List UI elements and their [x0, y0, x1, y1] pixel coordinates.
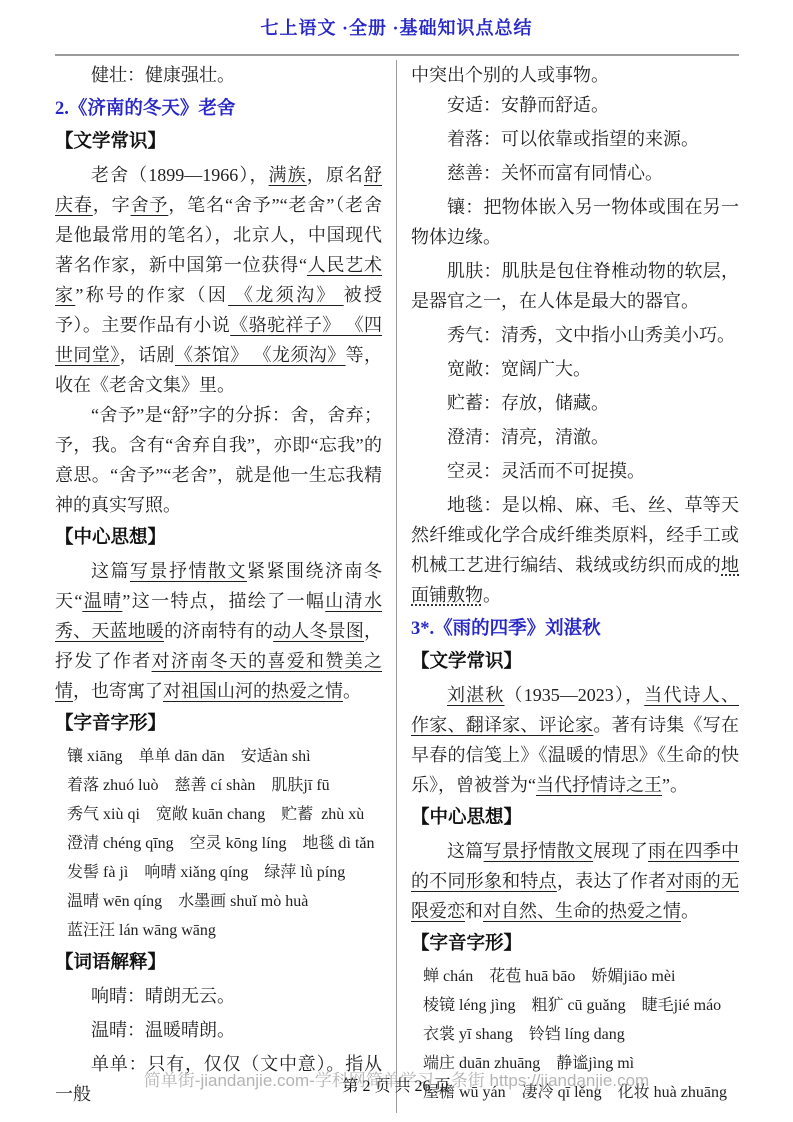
document-page: 七上语文 ·全册 ·基础知识点总结 健壮：健康强壮。 2.《济南的冬天》老舍 【…: [0, 0, 793, 1122]
lesson-3-heading: 3*.《雨的四季》刘湛秋: [411, 614, 739, 644]
definition-item: 地毯：是以棉、麻、毛、丝、草等天然纤维或化学合成纤维类原料，经手工或机械工艺进行…: [411, 490, 739, 610]
pinyin-line: 蝉 chán 花苞 huā bāo 娇媚jiāo mèi: [411, 962, 739, 991]
pinyin-line: 秀气 xiù qi 宽敞 kuān chang 贮蓄 zhù xù: [55, 800, 382, 829]
definition-item: 温晴：温暖晴朗。: [55, 1015, 382, 1045]
definition-item: 着落：可以依靠或指望的来源。: [411, 124, 739, 154]
pinyin-line: 镶 xiāng 单单 dān dān 安适àn shì: [55, 742, 382, 771]
pinyin-line: 温晴 wēn qíng 水墨画 shuǐ mò huà: [55, 887, 382, 916]
section-pronunciation: 【字音字形】: [411, 929, 739, 959]
pinyin-line: 发髻 fà jì 响晴 xiǎng qíng 绿萍 lǜ píng: [55, 858, 382, 887]
definition-item: 肌肤：肌肤是包住脊椎动物的软层，是器官之一，在人体是最大的器官。: [411, 256, 739, 316]
definition-item: 空灵：灵活而不可捉摸。: [411, 456, 739, 486]
definition-item: 秀气：清秀，文中指小山秀美小巧。: [411, 320, 739, 350]
pinyin-line: 着落 zhuó luò 慈善 cí shàn 肌肤jī fū: [55, 771, 382, 800]
pinyin-line: 棱镜 léng jìng 粗犷 cū guǎng 睫毛jié máo: [411, 991, 739, 1020]
left-column: 健壮：健康强壮。 2.《济南的冬天》老舍 【文学常识】 老舍（1899—1966…: [55, 60, 397, 1113]
pinyin-line: 衣裳 yī shang 铃铛 líng dang: [411, 1020, 739, 1049]
paragraph-sheyu-meaning: “舍予”是“舒”字的分拆：舍，舍弃；予，我。含有“舍弃自我”，亦即“忘我”的意思…: [55, 400, 382, 520]
right-column: 中突出个别的人或事物。 安适：安静而舒适。 着落：可以依靠或指望的来源。 慈善：…: [397, 60, 739, 1113]
definition-item: 宽敞：宽阔广大。: [411, 354, 739, 384]
definition-item: 慈善：关怀而富有同情心。: [411, 158, 739, 188]
paragraph-liuzhanqiu-bio: 刘湛秋（1935—2023），当代诗人、作家、翻译家、评论家。著有诗集《写在早春…: [411, 680, 739, 800]
section-pronunciation: 【字音字形】: [55, 709, 382, 739]
section-literary-knowledge: 【文学常识】: [55, 127, 382, 157]
continuation-line: 中突出个别的人或事物。: [411, 60, 739, 90]
paragraph-central-idea: 这篇写景抒情散文紧紧围绕济南冬天“温晴”这一特点，描绘了一幅山清水秀、天蓝地暖的…: [55, 556, 382, 706]
pinyin-line: 澄清 chéng qīng 空灵 kōng líng 地毯 dì tǎn: [55, 829, 382, 858]
definition-item: 响晴：晴朗无云。: [55, 981, 382, 1011]
lesson-2-heading: 2.《济南的冬天》老舍: [55, 94, 382, 124]
definition-item: 镶：把物体嵌入另一物体或围在另一物体边缘。: [411, 192, 739, 252]
paragraph-central-idea: 这篇写景抒情散文展现了雨在四季中的不同形象和特点，表达了作者对雨的无限爱恋和对自…: [411, 836, 739, 926]
two-column-body: 健壮：健康强壮。 2.《济南的冬天》老舍 【文学常识】 老舍（1899—1966…: [55, 60, 739, 1113]
definition-item: 澄清：清亮，清澈。: [411, 422, 739, 452]
section-literary-knowledge: 【文学常识】: [411, 647, 739, 677]
page-number: 第 2 页 共 26 页: [0, 1073, 793, 1096]
pinyin-line: 蓝汪汪 lán wāng wāng: [55, 916, 382, 945]
definition-item: 贮蓄：存放，储藏。: [411, 388, 739, 418]
section-central-idea: 【中心思想】: [411, 803, 739, 833]
paragraph-laoshe-bio: 老舍（1899—1966），满族，原名舒庆春，字舍予，笔名“舍予”“老舍”（老舍…: [55, 160, 382, 400]
section-central-idea: 【中心思想】: [55, 523, 382, 553]
section-word-explanations: 【词语解释】: [55, 948, 382, 978]
header-divider-line: [55, 54, 739, 56]
definition-item: 健壮：健康强壮。: [55, 60, 382, 90]
page-title: 七上语文 ·全册 ·基础知识点总结: [0, 14, 793, 40]
definition-item: 安适：安静而舒适。: [411, 90, 739, 120]
